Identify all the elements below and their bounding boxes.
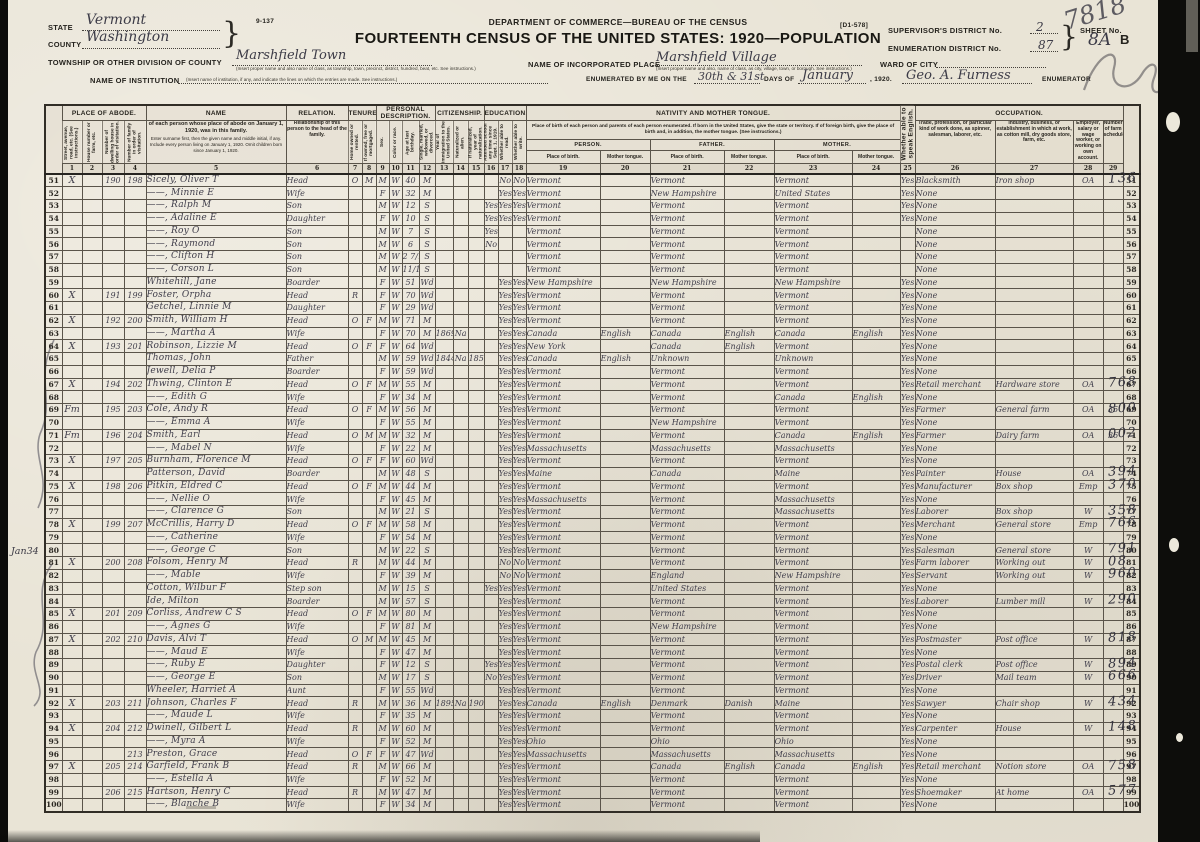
- cell-farm-schedule: [1103, 442, 1123, 455]
- cell-sex: F: [376, 302, 389, 315]
- cell-person-tongue: [600, 684, 650, 697]
- cell-person-tongue: [600, 773, 650, 786]
- cell-read: Yes: [498, 493, 512, 506]
- cell-employment: OA: [1073, 467, 1103, 480]
- cell-mother-tongue: [852, 289, 900, 302]
- cell-mother-tongue: [852, 187, 900, 200]
- line-number-left: 92: [45, 697, 62, 710]
- cell-father-birthplace: Canada: [650, 340, 724, 353]
- column-number: 25: [900, 164, 915, 175]
- cell-school: [484, 531, 498, 544]
- cell-sex: F: [376, 493, 389, 506]
- cell-speaks-english: Yes: [900, 557, 915, 570]
- cell-home-owned: O: [348, 633, 362, 646]
- cell-immigration-year: [435, 429, 453, 442]
- census-row: 67X194202Thwing, Clinton EHeadOFMW55MYes…: [45, 378, 1140, 391]
- cell-sex: F: [376, 276, 389, 289]
- line-number-right: 85: [1123, 608, 1140, 621]
- cell-naturalization-year: [468, 646, 484, 659]
- cell-naturalized: [453, 276, 468, 289]
- cell-mother-birthplace: Vermont: [774, 799, 852, 812]
- cell-house-number: [82, 429, 102, 442]
- cell-home-owned: O: [348, 429, 362, 442]
- cell-immigration-year: [435, 200, 453, 213]
- cell-naturalized: [453, 225, 468, 238]
- cell-mother-tongue: [852, 442, 900, 455]
- census-row: 69Fm195203Cole, Andy RHeadOFMW56MYesYesV…: [45, 404, 1140, 417]
- cell-sex: M: [376, 608, 389, 621]
- cell-person-tongue: [600, 289, 650, 302]
- cell-write: Yes: [512, 302, 526, 315]
- cell-father-tongue: [724, 557, 774, 570]
- cell-naturalized: [453, 314, 468, 327]
- cell-relation: Head: [286, 761, 348, 774]
- cell-relation: Head: [286, 557, 348, 570]
- cell-person-tongue: [600, 455, 650, 468]
- census-row: 68——, Edith GWifeFW34MYesYesVermontVermo…: [45, 391, 1140, 404]
- line-number-left: 64: [45, 340, 62, 353]
- cell-sex: M: [376, 544, 389, 557]
- cell-naturalization-year: [468, 633, 484, 646]
- cell-trade: None: [915, 212, 995, 225]
- line-number-left: 86: [45, 620, 62, 633]
- cell-street-mark: [62, 200, 82, 213]
- cell-home-owned: [348, 365, 362, 378]
- cell-person-tongue: [600, 518, 650, 531]
- state-value: Vermont: [86, 12, 146, 28]
- cell-trade: None: [915, 531, 995, 544]
- cell-father-birthplace: Vermont: [650, 404, 724, 417]
- cell-family-number: 206: [124, 480, 146, 493]
- cell-speaks-english: Yes: [900, 748, 915, 761]
- cell-employment: [1073, 365, 1103, 378]
- cell-father-tongue: [724, 467, 774, 480]
- cell-person-birthplace: Vermont: [526, 595, 600, 608]
- cell-house-number: [82, 646, 102, 659]
- cell-home-owned: [348, 595, 362, 608]
- cell-write: Yes: [512, 595, 526, 608]
- cell-name: ——, Estella A: [146, 773, 286, 786]
- cell-person-tongue: [600, 799, 650, 812]
- cell-name: ——, Corson L: [146, 263, 286, 276]
- cell-naturalized: [453, 302, 468, 315]
- cell-industry: [995, 327, 1073, 340]
- cell-street-mark: [62, 582, 82, 595]
- cell-industry: General farm: [995, 404, 1073, 417]
- cell-industry: House: [995, 722, 1073, 735]
- cell-name: Thwing, Clinton E: [146, 378, 286, 391]
- cell-speaks-english: Yes: [900, 722, 915, 735]
- name-desc-sub1: Enter surname first, then the given name…: [147, 136, 286, 142]
- line-number-left: 55: [45, 225, 62, 238]
- cell-father-tongue: [724, 404, 774, 417]
- cell-person-tongue: [600, 391, 650, 404]
- cell-home-owned: [348, 569, 362, 582]
- county-label: COUNTY: [48, 40, 81, 49]
- cell-mother-birthplace: Vermont: [774, 416, 852, 429]
- cell-street-mark: [62, 416, 82, 429]
- cell-read: Yes: [498, 314, 512, 327]
- cell-naturalized: [453, 212, 468, 225]
- cell-mother-birthplace: Vermont: [774, 710, 852, 723]
- cell-trade: Merchant: [915, 518, 995, 531]
- column-number: 3: [102, 164, 124, 175]
- census-row: 74Patterson, DavidBoarderMW48SYesYesMain…: [45, 467, 1140, 480]
- cell-house-number: [82, 518, 102, 531]
- cell-employment: OA: [1073, 404, 1103, 417]
- cell-color-race: W: [389, 722, 402, 735]
- cell-naturalization-year: [468, 531, 484, 544]
- cell-person-tongue: [600, 710, 650, 723]
- cell-naturalization-year: [468, 302, 484, 315]
- cell-home-owned: O: [348, 748, 362, 761]
- census-row: 94X204212Dwinell, Gilbert LHeadRMW60MYes…: [45, 722, 1140, 735]
- census-row: 70——, Emma AWifeFW55MYesYesVermontNew Ha…: [45, 416, 1140, 429]
- line-number-right: 55: [1123, 225, 1140, 238]
- cell-relation: Son: [286, 238, 348, 251]
- cell-family-number: [124, 212, 146, 225]
- cell-sex: F: [376, 569, 389, 582]
- line-number-left: 66: [45, 365, 62, 378]
- cell-naturalized: [453, 340, 468, 353]
- cell-employment: [1073, 251, 1103, 264]
- cell-naturalized: [453, 710, 468, 723]
- cell-person-tongue: [600, 225, 650, 238]
- cell-age: 32: [402, 187, 419, 200]
- cell-marital: M: [419, 378, 435, 391]
- incorporated-label: NAME OF INCORPORATED PLACE: [528, 60, 660, 69]
- cell-dwelling-number: [102, 595, 124, 608]
- cell-marital: M: [419, 786, 435, 799]
- cell-relation: Head: [286, 722, 348, 735]
- cell-sex: F: [376, 531, 389, 544]
- cell-father-tongue: [724, 238, 774, 251]
- cell-age: 59: [402, 353, 419, 366]
- cell-industry: Lumber mill: [995, 595, 1073, 608]
- cell-mortgage: [362, 467, 376, 480]
- cell-mother-tongue: English: [852, 327, 900, 340]
- incorporated-value: Marshfield Village: [656, 50, 777, 65]
- cell-name: ——, George E: [146, 671, 286, 684]
- cell-immigration-year: [435, 569, 453, 582]
- cell-write: Yes: [512, 684, 526, 697]
- cell-employment: OA: [1073, 761, 1103, 774]
- cell-mother-tongue: [852, 251, 900, 264]
- cell-read: Yes: [498, 595, 512, 608]
- cell-mortgage: [362, 595, 376, 608]
- cell-naturalization-year: [468, 442, 484, 455]
- cell-trade: None: [915, 353, 995, 366]
- cell-color-race: W: [389, 314, 402, 327]
- cell-read: Yes: [498, 684, 512, 697]
- cell-naturalization-year: [468, 225, 484, 238]
- cell-house-number: [82, 340, 102, 353]
- cell-trade: None: [915, 225, 995, 238]
- cell-family-number: 208: [124, 557, 146, 570]
- cell-mother-birthplace: Canada: [774, 761, 852, 774]
- cell-father-birthplace: Vermont: [650, 671, 724, 684]
- enumerated-month: January: [802, 68, 853, 83]
- cell-family-number: [124, 493, 146, 506]
- cell-dwelling-number: [102, 187, 124, 200]
- cell-trade: None: [915, 365, 995, 378]
- cell-mortgage: [362, 353, 376, 366]
- cell-sex: M: [376, 238, 389, 251]
- cell-trade: Driver: [915, 671, 995, 684]
- margin-number-note: 758: [1108, 757, 1138, 774]
- census-row: 76——, Nellie OWifeFW45MYesYesMassachuset…: [45, 493, 1140, 506]
- cell-dwelling-number: [102, 620, 124, 633]
- supervisor-label: SUPERVISOR'S DISTRICT No.: [888, 26, 1002, 35]
- cell-naturalization-year: [468, 506, 484, 519]
- cell-write: Yes: [512, 518, 526, 531]
- line-number-left: 62: [45, 314, 62, 327]
- cell-relation: Wife: [286, 391, 348, 404]
- cell-sex: M: [376, 314, 389, 327]
- cell-speaks-english: Yes: [900, 429, 915, 442]
- cell-speaks-english: Yes: [900, 480, 915, 493]
- cell-immigration-year: [435, 493, 453, 506]
- cell-speaks-english: Yes: [900, 646, 915, 659]
- cell-person-tongue: [600, 416, 650, 429]
- cell-person-birthplace: Massachusetts: [526, 442, 600, 455]
- cell-sex: M: [376, 263, 389, 276]
- cell-father-tongue: [724, 773, 774, 786]
- cell-dwelling-number: 191: [102, 289, 124, 302]
- cell-trade: Farm laborer: [915, 557, 995, 570]
- cell-farm-schedule: [1103, 608, 1123, 621]
- cell-naturalized: [453, 455, 468, 468]
- cell-write: Yes: [512, 633, 526, 646]
- line-number-left: 52: [45, 187, 62, 200]
- cell-write: [512, 263, 526, 276]
- cell-color-race: W: [389, 455, 402, 468]
- census-row: 89——, Ruby EDaughterFW12SYesYesYesVermon…: [45, 659, 1140, 672]
- cell-trade: None: [915, 289, 995, 302]
- census-row: 66Jewell, Delia PBoarderFW59WdYesYesVerm…: [45, 365, 1140, 378]
- cell-trade: None: [915, 748, 995, 761]
- cell-industry: Working out: [995, 557, 1073, 570]
- paper-sheet: 9-137 DEPARTMENT OF COMMERCE—BUREAU OF T…: [8, 0, 1158, 842]
- cell-house-number: [82, 582, 102, 595]
- cell-employment: [1073, 582, 1103, 595]
- cell-school: [484, 276, 498, 289]
- cell-father-tongue: English: [724, 761, 774, 774]
- cell-family-number: 204: [124, 429, 146, 442]
- cell-color-race: W: [389, 225, 402, 238]
- cell-father-tongue: [724, 365, 774, 378]
- cell-marital: M: [419, 416, 435, 429]
- cell-marital: S: [419, 251, 435, 264]
- cell-home-owned: [348, 773, 362, 786]
- cell-house-number: [82, 187, 102, 200]
- cell-write: Yes: [512, 506, 526, 519]
- cell-street-mark: [62, 569, 82, 582]
- cell-speaks-english: Yes: [900, 697, 915, 710]
- cell-sex: F: [376, 391, 389, 404]
- margin-number-note: 666: [1108, 667, 1138, 684]
- cell-read: Yes: [498, 340, 512, 353]
- cell-age: 47: [402, 786, 419, 799]
- cell-person-tongue: [600, 582, 650, 595]
- cell-father-birthplace: Vermont: [650, 429, 724, 442]
- cell-color-race: W: [389, 391, 402, 404]
- cell-employment: [1073, 735, 1103, 748]
- cell-relation: Wife: [286, 773, 348, 786]
- cell-speaks-english: Yes: [900, 404, 915, 417]
- cell-age: 55: [402, 416, 419, 429]
- cell-immigration-year: [435, 710, 453, 723]
- cell-age: 58: [402, 518, 419, 531]
- cell-sex: M: [376, 582, 389, 595]
- cell-mother-tongue: [852, 722, 900, 735]
- margin-number-note: 370: [1108, 476, 1138, 493]
- cell-father-tongue: [724, 480, 774, 493]
- cell-family-number: [124, 659, 146, 672]
- cell-industry: [995, 735, 1073, 748]
- cell-marital: S: [419, 263, 435, 276]
- cell-person-tongue: [600, 404, 650, 417]
- cell-school: [484, 404, 498, 417]
- cell-name: Robinson, Lizzie M: [146, 340, 286, 353]
- column-number: 23: [774, 164, 852, 175]
- group-occupation: OCCUPATION.: [915, 105, 1123, 121]
- cell-immigration-year: [435, 225, 453, 238]
- cell-family-number: 202: [124, 378, 146, 391]
- cell-dwelling-number: [102, 467, 124, 480]
- cell-color-race: W: [389, 251, 402, 264]
- cell-speaks-english: Yes: [900, 518, 915, 531]
- cell-read: Yes: [498, 799, 512, 812]
- cell-street-mark: [62, 684, 82, 697]
- column-number: 16: [484, 164, 498, 175]
- cell-person-birthplace: Vermont: [526, 710, 600, 723]
- cell-write: Yes: [512, 340, 526, 353]
- cell-employment: [1073, 608, 1103, 621]
- cell-mother-tongue: [852, 518, 900, 531]
- cell-color-race: W: [389, 799, 402, 812]
- cell-home-owned: R: [348, 761, 362, 774]
- cell-farm-schedule: [1103, 340, 1123, 353]
- state-county-brace: }: [222, 16, 241, 51]
- cell-school: [484, 557, 498, 570]
- margin-number-note: 136: [1108, 170, 1138, 187]
- cell-school: [484, 595, 498, 608]
- cell-relation: Son: [286, 544, 348, 557]
- cell-family-number: [124, 595, 146, 608]
- cell-house-number: [82, 212, 102, 225]
- cell-family-number: [124, 200, 146, 213]
- cell-family-number: [124, 582, 146, 595]
- cell-naturalized: [453, 799, 468, 812]
- cell-home-owned: [348, 442, 362, 455]
- cell-mother-birthplace: Vermont: [774, 722, 852, 735]
- cell-speaks-english: [900, 263, 915, 276]
- cell-family-number: [124, 735, 146, 748]
- cell-color-race: W: [389, 633, 402, 646]
- cell-home-owned: O: [348, 174, 362, 187]
- cell-read: Yes: [498, 378, 512, 391]
- cell-family-number: 215: [124, 786, 146, 799]
- cell-write: Yes: [512, 544, 526, 557]
- col-color-race: Color or race.: [389, 121, 402, 164]
- cell-father-tongue: [724, 187, 774, 200]
- cell-person-birthplace: Vermont: [526, 569, 600, 582]
- line-number-right: 72: [1123, 442, 1140, 455]
- cell-street-mark: [62, 646, 82, 659]
- cell-house-number: [82, 761, 102, 774]
- cell-age: 59: [402, 365, 419, 378]
- cell-mother-birthplace: Vermont: [774, 263, 852, 276]
- cell-mother-birthplace: Vermont: [774, 289, 852, 302]
- cell-name: Sicely, Oliver T: [146, 174, 286, 187]
- cell-naturalized: [453, 238, 468, 251]
- cell-industry: [995, 455, 1073, 468]
- cell-relation: Head: [286, 608, 348, 621]
- cell-mortgage: M: [362, 633, 376, 646]
- cell-person-tongue: [600, 365, 650, 378]
- cell-mother-tongue: [852, 455, 900, 468]
- column-number: 22: [724, 164, 774, 175]
- cell-dwelling-number: [102, 493, 124, 506]
- line-number-left: 77: [45, 506, 62, 519]
- cell-mortgage: [362, 582, 376, 595]
- cell-mortgage: [362, 569, 376, 582]
- cell-mortgage: [362, 212, 376, 225]
- column-number: 24: [852, 164, 900, 175]
- cell-mother-tongue: [852, 531, 900, 544]
- cell-read: No: [498, 569, 512, 582]
- cell-person-birthplace: Vermont: [526, 391, 600, 404]
- group-relation: RELATION.: [286, 105, 348, 121]
- cell-person-tongue: [600, 659, 650, 672]
- cell-employment: OA: [1073, 429, 1103, 442]
- cell-naturalized: [453, 659, 468, 672]
- cell-relation: Head: [286, 289, 348, 302]
- cell-mother-tongue: [852, 710, 900, 723]
- cell-relation: Head: [286, 378, 348, 391]
- cell-father-tongue: [724, 786, 774, 799]
- cell-speaks-english: Yes: [900, 378, 915, 391]
- cell-color-race: W: [389, 289, 402, 302]
- cell-father-tongue: [724, 353, 774, 366]
- cell-dwelling-number: 199: [102, 518, 124, 531]
- cell-school: [484, 251, 498, 264]
- cell-house-number: [82, 531, 102, 544]
- subgroup-person: PERSON.: [526, 140, 650, 151]
- cell-mortgage: [362, 646, 376, 659]
- cell-home-owned: O: [348, 378, 362, 391]
- cell-mother-birthplace: Vermont: [774, 633, 852, 646]
- cell-marital: Wd: [419, 289, 435, 302]
- cell-relation: Son: [286, 251, 348, 264]
- cell-marital: M: [419, 633, 435, 646]
- cell-write: Yes: [512, 276, 526, 289]
- cell-employment: [1073, 748, 1103, 761]
- cell-father-birthplace: Vermont: [650, 225, 724, 238]
- cell-person-tongue: [600, 761, 650, 774]
- cell-farm-schedule: [1103, 212, 1123, 225]
- column-number: 14: [453, 164, 468, 175]
- cell-sex: M: [376, 595, 389, 608]
- cell-sex: M: [376, 722, 389, 735]
- name-desc-sub2: Include every person living on January 1…: [147, 142, 286, 153]
- col-farm-schedule-description: Number of farm schedule.: [1103, 121, 1123, 164]
- cell-relation: Wife: [286, 620, 348, 633]
- column-number: 5: [146, 164, 286, 175]
- cell-read: Yes: [498, 735, 512, 748]
- cell-family-number: 199: [124, 289, 146, 302]
